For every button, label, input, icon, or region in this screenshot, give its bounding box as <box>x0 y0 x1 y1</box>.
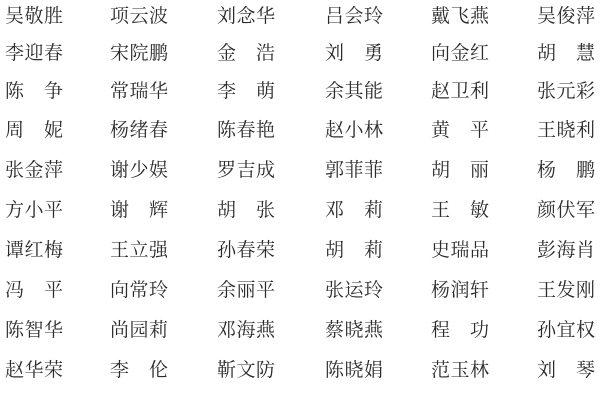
name-cell: 余丽平 <box>217 270 276 310</box>
name-cell: 程 功 <box>431 310 490 350</box>
name-cell: 彭海肖 <box>537 230 596 270</box>
name-cell: 宋院鹏 <box>110 33 169 73</box>
name-cell: 冯 平 <box>5 270 64 310</box>
name-cell: 杨 鹏 <box>537 150 596 190</box>
name-cell: 靳文防 <box>217 350 276 390</box>
name-cell: 赵卫利 <box>431 71 490 111</box>
name-cell: 杨绪春 <box>110 110 169 150</box>
name-cell: 李 萌 <box>217 71 276 111</box>
name-cell: 周 妮 <box>5 110 64 150</box>
name-row: 陈智华尚园莉邓海燕蔡晓燕程 功孙宜权 <box>0 310 600 350</box>
name-row: 谭红梅王立强孙春荣胡 莉史瑞品彭海肖 <box>0 230 600 270</box>
name-cell: 胡 张 <box>217 190 276 230</box>
name-cell: 胡 慧 <box>537 33 596 73</box>
name-cell: 刘 琴 <box>537 350 596 390</box>
name-cell: 余其能 <box>325 71 384 111</box>
name-cell: 范玉林 <box>431 350 490 390</box>
name-cell: 蔡晓燕 <box>325 310 384 350</box>
name-cell: 邓 莉 <box>325 190 384 230</box>
name-cell: 颜伏军 <box>537 190 596 230</box>
name-row: 李迎春宋院鹏金 浩刘 勇向金红胡 慧 <box>0 33 600 73</box>
name-cell: 陈 争 <box>5 71 64 111</box>
name-cell: 张元彩 <box>537 71 596 111</box>
name-cell: 刘 勇 <box>325 33 384 73</box>
name-cell: 赵华荣 <box>5 350 64 390</box>
name-cell: 方小平 <box>5 190 64 230</box>
name-cell: 吴俊萍 <box>537 0 596 36</box>
name-cell: 吴敬胜 <box>5 0 64 36</box>
name-cell: 邓海燕 <box>217 310 276 350</box>
name-cell: 吕会玲 <box>325 0 384 36</box>
name-cell: 谢少娱 <box>110 150 169 190</box>
name-cell: 罗吉成 <box>217 150 276 190</box>
name-cell: 胡 丽 <box>431 150 490 190</box>
name-row: 冯 平向常玲余丽平张运玲杨润轩王发刚 <box>0 270 600 310</box>
name-cell: 王立强 <box>110 230 169 270</box>
name-cell: 王 敏 <box>431 190 490 230</box>
name-cell: 张金萍 <box>5 150 64 190</box>
name-cell: 刘念华 <box>217 0 276 36</box>
name-cell: 常瑞华 <box>110 71 169 111</box>
name-cell: 赵小林 <box>325 110 384 150</box>
name-cell: 金 浩 <box>217 33 276 73</box>
name-cell: 孙春荣 <box>217 230 276 270</box>
name-row: 张金萍谢少娱罗吉成郭菲菲胡 丽杨 鹏 <box>0 150 600 190</box>
name-cell: 向常玲 <box>110 270 169 310</box>
name-cell: 戴飞燕 <box>431 0 490 36</box>
name-row: 周 妮杨绪春陈春艳赵小林黄 平王晓利 <box>0 110 600 150</box>
name-cell: 陈晓娟 <box>325 350 384 390</box>
name-cell: 黄 平 <box>431 110 490 150</box>
name-row: 方小平谢 辉胡 张邓 莉王 敏颜伏军 <box>0 190 600 230</box>
name-cell: 陈春艳 <box>217 110 276 150</box>
name-cell: 王发刚 <box>537 270 596 310</box>
name-cell: 胡 莉 <box>325 230 384 270</box>
name-cell: 谭红梅 <box>5 230 64 270</box>
name-cell: 李迎春 <box>5 33 64 73</box>
name-cell: 杨润轩 <box>431 270 490 310</box>
name-cell: 孙宜权 <box>537 310 596 350</box>
name-cell: 谢 辉 <box>110 190 169 230</box>
name-cell: 王晓利 <box>537 110 596 150</box>
name-row: 赵华荣李 伦靳文防陈晓娟范玉林刘 琴 <box>0 350 600 390</box>
name-cell: 尚园莉 <box>110 310 169 350</box>
name-cell: 郭菲菲 <box>325 150 384 190</box>
name-row: 吴敬胜项云波刘念华吕会玲戴飞燕吴俊萍 <box>0 0 600 36</box>
name-cell: 史瑞品 <box>431 230 490 270</box>
name-cell: 李 伦 <box>110 350 169 390</box>
name-cell: 向金红 <box>431 33 490 73</box>
name-cell: 项云波 <box>110 0 169 36</box>
name-row: 陈 争常瑞华李 萌余其能赵卫利张元彩 <box>0 71 600 111</box>
name-cell: 陈智华 <box>5 310 64 350</box>
name-list-grid: 吴敬胜项云波刘念华吕会玲戴飞燕吴俊萍李迎春宋院鹏金 浩刘 勇向金红胡 慧陈 争常… <box>0 0 600 400</box>
name-cell: 张运玲 <box>325 270 384 310</box>
